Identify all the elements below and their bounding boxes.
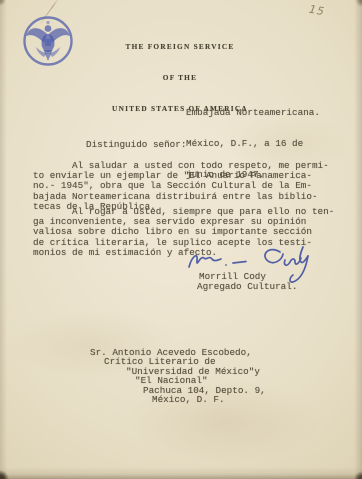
dateline-line-2: México, D.F., a 16 de xyxy=(186,139,320,149)
typed-signer-title: Agregado Cultural. xyxy=(197,282,297,292)
body-paragraph-1: Al saludar a usted con todo respeto, me … xyxy=(33,161,329,213)
letterhead-line-1: THE FOREIGN SERVICE xyxy=(80,42,280,52)
handwritten-page-number: 15 xyxy=(308,3,326,19)
letter-page: 15 THE FOREIGN SERVICE OF THE UNITED STA… xyxy=(0,0,362,479)
dateline-line-1: Embajada Norteamericana. xyxy=(186,108,320,118)
recipient-line-6: México, D. F. xyxy=(152,395,225,405)
letterhead-line-2: OF THE xyxy=(80,73,280,83)
salutation: Distinguido señor: xyxy=(86,140,186,150)
great-seal-eagle-stamp-icon xyxy=(20,13,76,71)
